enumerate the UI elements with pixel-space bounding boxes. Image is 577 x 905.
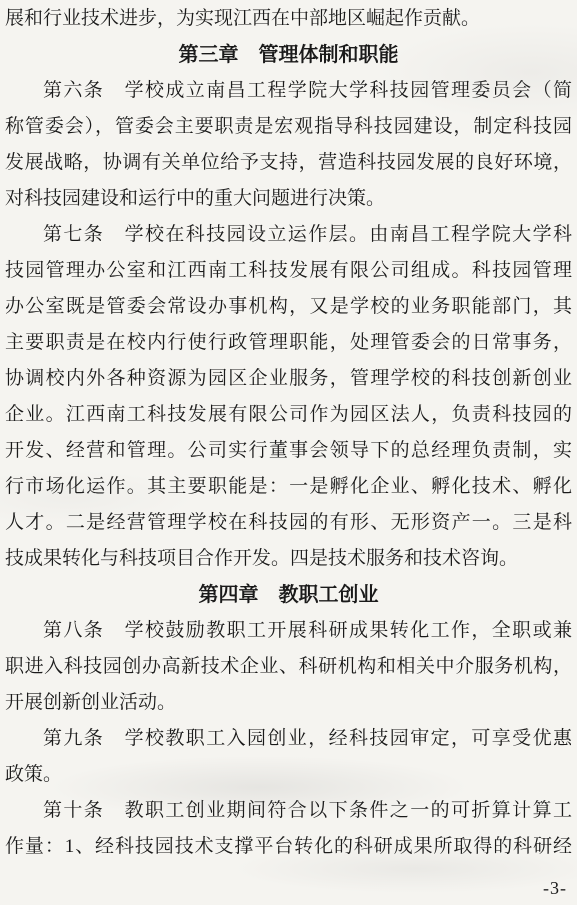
text-line: 第八条 学校鼓励教职工开展科研成果转化工作，全职或兼 xyxy=(5,613,572,649)
text-line: 政策。 xyxy=(5,757,572,793)
chapter-heading-4: 第四章 教职工创业 xyxy=(5,577,572,613)
text-line: 作量：1、经科技园技术支撑平台转化的科研成果所取得的科研经 xyxy=(5,829,572,865)
text-line: 开展创新创业活动。 xyxy=(5,685,572,721)
text-line: 职进入科技园创办高新技术企业、科研机构和相关中介服务机构， xyxy=(5,649,572,685)
text-line: 协调校内外各种资源为园区企业服务，管理学校的科技创新创业 xyxy=(5,361,572,397)
chapter-heading-3: 第三章 管理体制和职能 xyxy=(5,37,572,73)
document-page: 展和行业技术进步，为实现江西在中部地区崛起作贡献。 第三章 管理体制和职能 第六… xyxy=(0,0,577,905)
text-line: 第六条 学校成立南昌工程学院大学科技园管理委员会（简 xyxy=(5,73,572,109)
text-line: 行市场化运作。其主要职能是：一是孵化企业、孵化技术、孵化 xyxy=(5,469,572,505)
text-line: 第七条 学校在科技园设立运作层。由南昌工程学院大学科 xyxy=(5,217,572,253)
text-line: 人才。二是经营管理学校在科技园的有形、无形资产一。三是科 xyxy=(5,505,572,541)
text-line: 展和行业技术进步，为实现江西在中部地区崛起作贡献。 xyxy=(5,1,572,37)
text-line: 发展战略，协调有关单位给予支持，营造科技园发展的良好环境， xyxy=(5,145,572,181)
text-line: 主要职责是在校内行使行政管理职能，处理管委会的日常事务， xyxy=(5,325,572,361)
text-line: 办公室既是管委会常设办事机构，又是学校的业务职能部门，其 xyxy=(5,289,572,325)
text-line: 开发、经营和管理。公司实行董事会领导下的总经理负责制，实 xyxy=(5,433,572,469)
text-line: 技园管理办公室和江西南工科技发展有限公司组成。科技园管理 xyxy=(5,253,572,289)
text-line: 技成果转化与科技项目合作开发。四是技术服务和技术咨询。 xyxy=(5,541,572,577)
page-number: -3- xyxy=(543,878,567,899)
text-line: 第十条 教职工创业期间符合以下条件之一的可折算计算工 xyxy=(5,793,572,829)
text-line: 称管委会），管委会主要职责是宏观指导科技园建设，制定科技园 xyxy=(5,109,572,145)
text-line: 对科技园建设和运行中的重大问题进行决策。 xyxy=(5,181,572,217)
text-line: 企业。江西南工科技发展有限公司作为园区法人，负责科技园的 xyxy=(5,397,572,433)
text-line: 第九条 学校教职工入园创业，经科技园审定，可享受优惠 xyxy=(5,721,572,757)
